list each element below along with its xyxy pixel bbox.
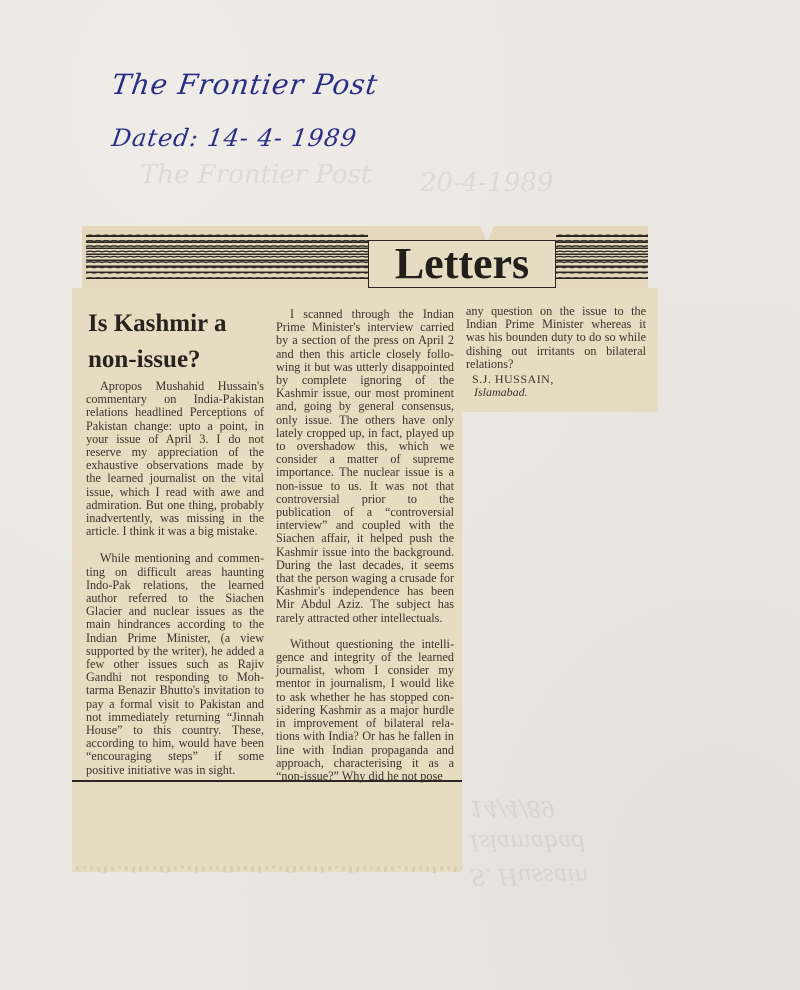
wave-ornament-right — [556, 232, 648, 282]
paragraph: While mentioning and commen­ting on diff… — [86, 552, 264, 776]
section-title: Letters — [395, 242, 529, 286]
author-location: Islamabad. — [472, 386, 554, 399]
wave-lines-icon — [556, 232, 648, 282]
ghost-publication-mark: The Frontier Post — [140, 160, 371, 190]
ghost-date-mark: 20-4-1989 — [420, 168, 553, 198]
letter-signature: S.J. HUSSAIN, Islamabad. — [472, 373, 554, 399]
paragraph: Without questioning the intelli­gence an… — [276, 638, 454, 783]
section-masthead: Letters — [368, 240, 556, 288]
column-2: I scanned through the Indian Prime Minis… — [276, 308, 454, 796]
handwritten-publication-name: The Frontier Post — [110, 68, 381, 101]
paragraph: any question on the issue to the Indian … — [466, 305, 646, 371]
column-1: Apropos Mushahid Hussain's commentary on… — [86, 380, 264, 790]
letter-headline: Is Kashmir a non-issue? — [88, 306, 268, 378]
paragraph: I scanned through the Indian Prime Minis… — [276, 308, 454, 625]
bottom-rule — [72, 780, 462, 782]
wave-ornament-left — [86, 232, 368, 282]
ghost-bottom-mark: S. Hussain Islamabad 14/4/89 — [470, 790, 589, 892]
wave-lines-icon — [86, 232, 368, 282]
handwritten-date: Dated: 14- 4- 1989 — [110, 124, 359, 152]
paragraph: Apropos Mushahid Hussain's commentary on… — [86, 380, 264, 538]
